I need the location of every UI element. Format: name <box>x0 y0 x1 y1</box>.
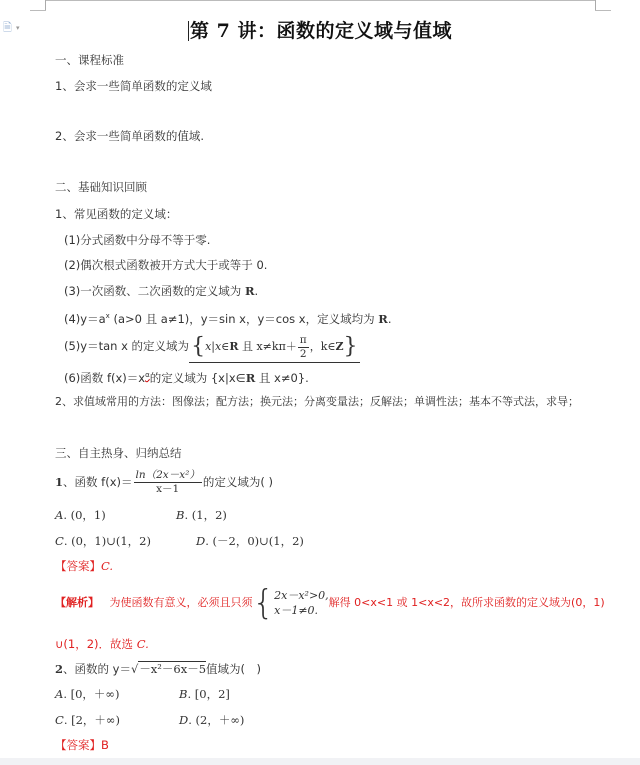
option-text: . (0，1) <box>63 508 105 522</box>
option-text: . [2，＋∞) <box>64 713 120 727</box>
rule-3-end: . <box>255 284 259 298</box>
rule-3: (3)一次函数、二次函数的定义域为 R. <box>64 283 258 299</box>
question-1-post: 的定义域为( ) <box>203 475 273 489</box>
tan-domain-set: {x|x∈R 且 x≠kπ＋π2，k∈Z} <box>189 332 359 363</box>
pi-over-2: π2 <box>298 334 309 361</box>
option-B[interactable]: B. (1，2) <box>176 507 227 523</box>
set-b: 且 x≠kπ＋ <box>238 340 296 353</box>
rule-2: (2)偶次根式函数被开方式大于或等于 0. <box>64 257 267 273</box>
section-heading-3: 三、自主热身、归纳总结 <box>55 445 182 461</box>
page-margin-marks <box>0 0 640 14</box>
set-c: ，k∈ <box>310 340 336 353</box>
rule-4-end: . <box>388 312 392 326</box>
range-methods: 2、求值域常用的方法：图像法；配方法；换元法；分离变量法；反解法；单调性法；基本… <box>55 394 579 410</box>
question-2-post: 值域为( ) <box>206 662 261 676</box>
analysis-1-cont: ∪(1，2)．故选 C. <box>55 636 149 652</box>
set-R: R <box>246 371 256 385</box>
question-number: 2 <box>55 662 63 676</box>
option-text: . (－2，0)∪(1，2) <box>205 534 304 548</box>
rule-3-text: (3)一次函数、二次函数的定义域为 <box>64 284 245 298</box>
option-text: . [0，＋∞) <box>63 687 119 701</box>
analysis-1: 【解析】 为使函数有意义，必须且只须{2x－x²>0,x－1≠0.解得 0<x<… <box>55 583 605 623</box>
margin-mark-left-h <box>30 10 46 11</box>
page-top-border <box>45 0 595 1</box>
fraction: ln（2x－x²）x－1 <box>134 469 202 496</box>
answer-label: 【答案】 <box>55 738 101 752</box>
rule-6-mid: 的定义域为 {x|x∈ <box>150 371 246 385</box>
set-Z: Z <box>336 340 344 353</box>
option-C[interactable]: C. [2，＋∞) <box>55 712 120 728</box>
page-title: 第 7 讲：函数的定义域与值域 <box>0 16 640 43</box>
system-line-2: x－1≠0. <box>274 603 329 618</box>
page-bottom-bar <box>0 758 640 765</box>
option-label: C <box>55 713 64 727</box>
option-text: . (2，＋∞) <box>188 713 244 727</box>
set-R: R <box>245 284 255 298</box>
analysis-label: 【解析】 <box>55 596 99 609</box>
option-D[interactable]: D. (2，＋∞) <box>179 712 244 728</box>
question-number: 1 <box>55 475 63 489</box>
question-2: 2、函数的 y＝√－x²－6x－5值域为( ) <box>55 661 261 677</box>
answer-2: 【答案】B <box>55 737 109 753</box>
question-2-pre: 、函数的 y＝ <box>63 662 131 676</box>
standard-item-1: 1、会求一些简单函数的定义域 <box>55 78 212 94</box>
answer-label: 【答案】 <box>55 559 101 573</box>
rule-4: (4)y＝ax (a>0 且 a≠1)，y＝sin x，y＝cos x，定义域均… <box>64 308 391 327</box>
section-heading-2: 二、基础知识回顾 <box>55 179 147 195</box>
option-text: . (1，2) <box>184 508 226 522</box>
right-brace: } <box>344 334 358 359</box>
analysis-line2: ∪(1，2)．故选 <box>55 637 137 651</box>
rule-5: (5)y＝tan x 的定义域为{x|x∈R 且 x≠kπ＋π2，k∈Z} <box>64 331 360 363</box>
answer-value: B <box>101 738 109 752</box>
rule-1: (1)分式函数中分母不等于零. <box>64 232 210 248</box>
inequality-system: 2x－x²>0,x－1≠0. <box>274 588 329 618</box>
option-A[interactable]: A. [0，＋∞) <box>55 686 120 702</box>
text-cursor <box>188 21 189 41</box>
rule-4-mid: (a>0 且 a≠1)，y＝sin x，y＝cos x，定义域均为 <box>110 312 378 326</box>
answer-1: 【答案】C. <box>55 558 113 574</box>
rule-4-pre: (4)y＝a <box>64 312 106 326</box>
option-text: . (0，1)∪(1，2) <box>64 534 151 548</box>
option-label: C <box>55 534 64 548</box>
margin-mark-right-h <box>595 10 611 11</box>
title-text: 第 7 讲：函数的定义域与值域 <box>190 20 452 42</box>
question-1-pre: 、函数 f(x)＝ <box>63 475 132 489</box>
standard-item-2: 2、会求一些简单函数的值域. <box>55 128 204 144</box>
answer-value: C. <box>101 559 113 573</box>
system-brace: { <box>253 583 275 623</box>
sub-heading-domains: 1、常见函数的定义域： <box>55 206 177 222</box>
frac-num: π <box>298 334 309 348</box>
rule-6: (6)函数 f(x)＝xα的定义域为 {x|x∈R 且 x≠0}. <box>64 367 309 386</box>
option-B[interactable]: B. [0，2] <box>179 686 230 702</box>
analysis-post: 解得 0<x<1 或 1<x<2，故所求函数的定义域为(0，1) <box>329 596 605 609</box>
option-D[interactable]: D. (－2，0)∪(1，2) <box>196 533 304 549</box>
section-heading-1: 一、课程标准 <box>55 52 124 68</box>
set-R: R <box>378 312 388 326</box>
option-label: D <box>179 713 188 727</box>
frac-den: x－1 <box>134 483 202 496</box>
option-A[interactable]: A. (0，1) <box>55 507 106 523</box>
frac-num: ln（2x－x²） <box>134 469 202 483</box>
set-a: x|x∈ <box>205 340 229 353</box>
margin-mark-right <box>595 0 596 10</box>
sqrt-body: －x²－6x－5 <box>138 661 206 676</box>
analysis-pre: 为使函数有意义，必须且只须 <box>110 596 253 609</box>
system-line-1: 2x－x²>0, <box>274 588 329 603</box>
option-text: . [0，2] <box>187 687 229 701</box>
rule-6-pre: (6)函数 f(x)＝x <box>64 371 145 385</box>
option-C[interactable]: C. (0，1)∪(1，2) <box>55 533 151 549</box>
frac-den: 2 <box>298 348 309 361</box>
analysis-choice: C. <box>137 637 149 651</box>
question-1: 1、函数 f(x)＝ln（2x－x²）x－1的定义域为( ) <box>55 467 273 497</box>
margin-mark-left <box>45 0 46 10</box>
left-brace: { <box>191 334 205 359</box>
rule-5-pre: (5)y＝tan x 的定义域为 <box>64 339 189 353</box>
rule-6-end: 且 x≠0}. <box>255 371 309 385</box>
option-label: D <box>196 534 205 548</box>
